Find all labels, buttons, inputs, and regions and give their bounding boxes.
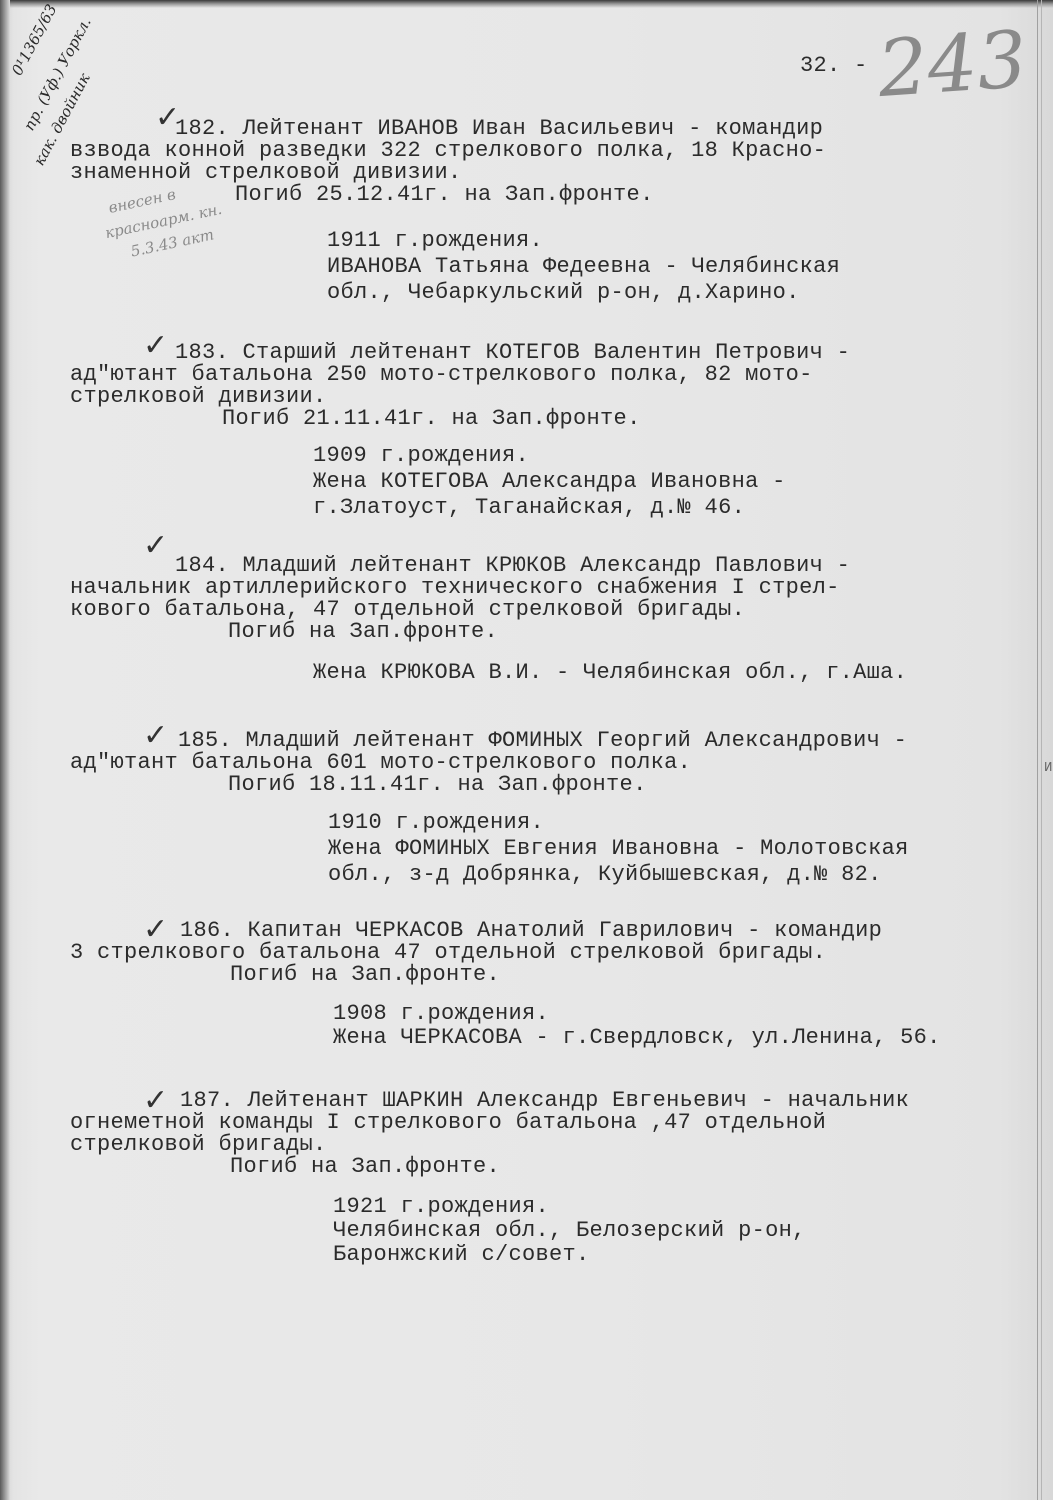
entry-text-line: стрелковой дивизии. (70, 386, 327, 408)
entry-birth-year: 1911 г.рождения. (327, 230, 543, 252)
entry-next-of-kin: г.Златоуст, Таганайская, д.№ 46. (313, 497, 745, 519)
entry-next-of-kin: Жена КРЮКОВА В.И. - Челябинская обл., г.… (313, 662, 907, 684)
handwritten-folio-number: 243 (875, 15, 1030, 115)
entry-next-of-kin: Жена ФОМИНЫХ Евгения Ивановна - Молотовс… (328, 838, 909, 860)
typed-page-number: 32. - (800, 55, 868, 77)
entry-text-line: начальник артиллерийского технического с… (70, 577, 840, 599)
entry-text-line: 3 стрелкового батальона 47 отдельной стр… (70, 942, 826, 964)
entry-text-line: ад"ютант батальона 601 мото-стрелкового … (70, 752, 691, 774)
entry-heading: 186. Капитан ЧЕРКАСОВ Анатолий Гаврилови… (180, 920, 882, 942)
entry-next-of-kin: ИВАНОВА Татьяна Федеевна - Челябинская (327, 256, 840, 278)
entry-birth-year: 1921 г.рождения. (333, 1196, 549, 1218)
entry-death-record: Погиб 25.12.41г. на Зап.фронте. (235, 184, 654, 206)
entry-birth-year: 1908 г.рождения. (333, 1003, 549, 1025)
binding-fold (0, 0, 10, 1500)
entry-text-line: взвода конной разведки 322 стрелкового п… (70, 140, 826, 162)
entry-birth-year: 1909 г.рождения. (313, 445, 529, 467)
entry-heading: 182. Лейтенант ИВАНОВ Иван Васильевич - … (175, 118, 823, 140)
right-edge-mark: И (1044, 760, 1052, 776)
right-margin-rule (1037, 0, 1042, 1500)
entry-next-of-kin: обл., з-д Добрянка, Куйбышевская, д.№ 82… (328, 864, 882, 886)
entry-next-of-kin: Жена КОТЕГОВА Александра Ивановна - (313, 471, 786, 493)
entry-death-record: Погиб на Зап.фронте. (230, 1156, 500, 1178)
entry-text-line: знаменной стрелковой дивизии. (70, 162, 462, 184)
entry-next-of-kin: обл., Чебаркульский р-он, д.Харино. (327, 282, 800, 304)
document-page: И 32. - 243 0¹1365/63 пр. (Уф.) Уоркл. к… (0, 0, 1053, 1500)
entry-death-record: Погиб на Зап.фронте. (230, 964, 500, 986)
entry-death-record: Погиб 18.11.41г. на Зап.фронте. (228, 774, 647, 796)
entry-next-of-kin: Жена ЧЕРКАСОВА - г.Свердловск, ул.Ленина… (333, 1027, 941, 1049)
entry-text-line: огнеметной команды I стрелкового батальо… (70, 1112, 826, 1134)
checkmark-icon: ✓ (143, 328, 168, 363)
entry-heading: 185. Младший лейтенант ФОМИНЫХ Георгий А… (178, 730, 907, 752)
entry-text-line: ад"ютант батальона 250 мото-стрелкового … (70, 364, 813, 386)
checkmark-icon: ✓ (143, 528, 168, 563)
entry-text-line: стрелковой бригады. (70, 1134, 327, 1156)
entry-birth-year: 1910 г.рождения. (328, 812, 544, 834)
entry-heading: 183. Старший лейтенант КОТЕГОВ Валентин … (175, 342, 850, 364)
entry-next-of-kin: Баронжский с/совет. (333, 1244, 590, 1266)
entry-death-record: Погиб 21.11.41г. на Зап.фронте. (222, 408, 641, 430)
checkmark-icon: ✓ (143, 718, 168, 753)
scan-top-shadow (0, 0, 1053, 8)
entry-heading: 184. Младший лейтенант КРЮКОВ Александр … (175, 555, 850, 577)
entry-text-line: кового батальона, 47 отдельной стрелково… (70, 599, 745, 621)
entry-next-of-kin: Челябинская обл., Белозерский р-он, (333, 1220, 806, 1242)
entry-death-record: Погиб на Зап.фронте. (228, 621, 498, 643)
entry-heading: 187. Лейтенант ШАРКИН Александр Евгеньев… (180, 1090, 909, 1112)
